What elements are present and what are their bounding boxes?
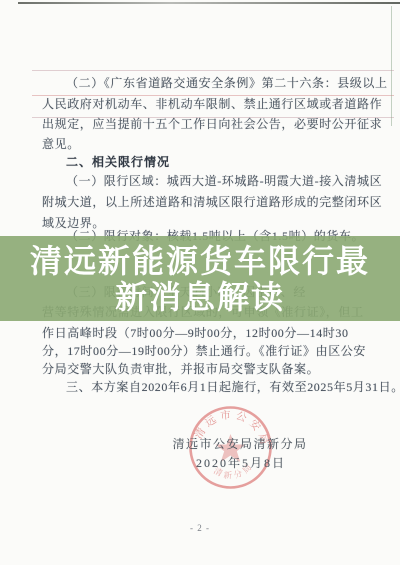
doc-heading-related-restrictions: 二、相关限行情况: [42, 155, 366, 169]
signature-date: 2020年5月8日: [150, 454, 332, 471]
scanned-document-page: （二）《广东省道路交通安全条例》第二十六条：县级以上 人民政府对机动车、非机动车…: [0, 0, 400, 565]
page-number: - 2 -: [150, 523, 250, 533]
doc-line: 出规定，应当提前十五个工作日向社会公告，必要时公开征求: [42, 117, 366, 131]
headline-overlay-banner: 清远新能源货车限行最 新消息解读: [0, 236, 400, 321]
doc-line: 人民政府对机动车、非机动车限制、禁止通行区域或者道路作: [42, 97, 366, 111]
headline-line2: 新消息解读: [115, 279, 285, 315]
doc-line: 域及边界。: [42, 216, 366, 230]
scan-rule-line: [32, 95, 394, 96]
doc-line: （一）限行区域：城西大道-环城路-明霞大道-接入清城区: [42, 174, 366, 188]
doc-line: 作日高峰时段（7时00分—9时00分，12时00分—14时30: [42, 326, 366, 340]
doc-line: 附城大道，以上所述道路和清城区限行道路形成的完整闭环区: [42, 195, 366, 209]
doc-line: 意见。: [42, 137, 366, 151]
signature-organization: 清远市公安局清新分局: [150, 435, 330, 452]
headline-line1: 清远新能源货车限行最: [30, 243, 370, 279]
scan-edge-line: [391, 6, 392, 126]
scan-top-edge-line: [18, 2, 400, 4]
doc-line: 三、本方案自2020年6月1日起施行，有效至2025年5月31日。: [42, 380, 366, 394]
doc-line: 分局交警大队负责审批，并报市局交警支队备案。: [42, 362, 366, 376]
scan-rule-line: [32, 70, 394, 71]
doc-line: （二）《广东省道路交通安全条例》第二十六条：县级以上: [42, 76, 366, 90]
doc-line: 分，17时00分—19时00分）禁止通行。《准行证》由区公安: [42, 344, 366, 358]
